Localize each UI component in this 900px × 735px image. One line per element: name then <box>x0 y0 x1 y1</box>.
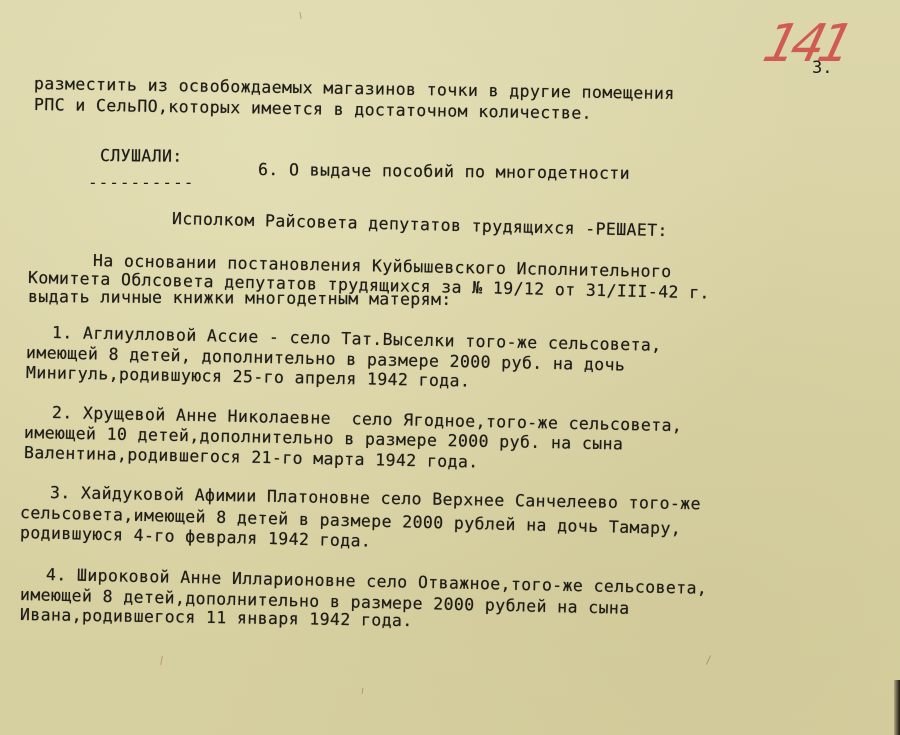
page-number: 3. <box>812 58 832 78</box>
resolution-header: Исполком Райсовета депутатов трудящихся … <box>172 211 668 240</box>
heard-label: СЛУШАЛИ: <box>100 148 183 165</box>
entry-4-line-3: Ивана,родившегося 11 января 1942 года. <box>20 607 413 630</box>
paper-fiber <box>362 688 364 694</box>
heard-underline: ---------- <box>88 173 194 192</box>
paper-fiber <box>160 656 163 665</box>
scanned-document-page: 141 3. разместить из освобождаемых магаз… <box>0 0 900 735</box>
scan-edge-shadow <box>894 680 900 735</box>
agenda-item-6: 6. О выдаче пособий по многодетности <box>258 162 630 182</box>
intro-line-2: РПС и СельПО,которых имеется в достаточн… <box>34 97 592 122</box>
basis-line-3: выдать личные книжки многодетным матерям… <box>28 289 452 308</box>
handwritten-folio-number: 141 <box>765 14 845 74</box>
paper-fiber <box>299 12 301 19</box>
paper-fiber <box>706 655 711 664</box>
